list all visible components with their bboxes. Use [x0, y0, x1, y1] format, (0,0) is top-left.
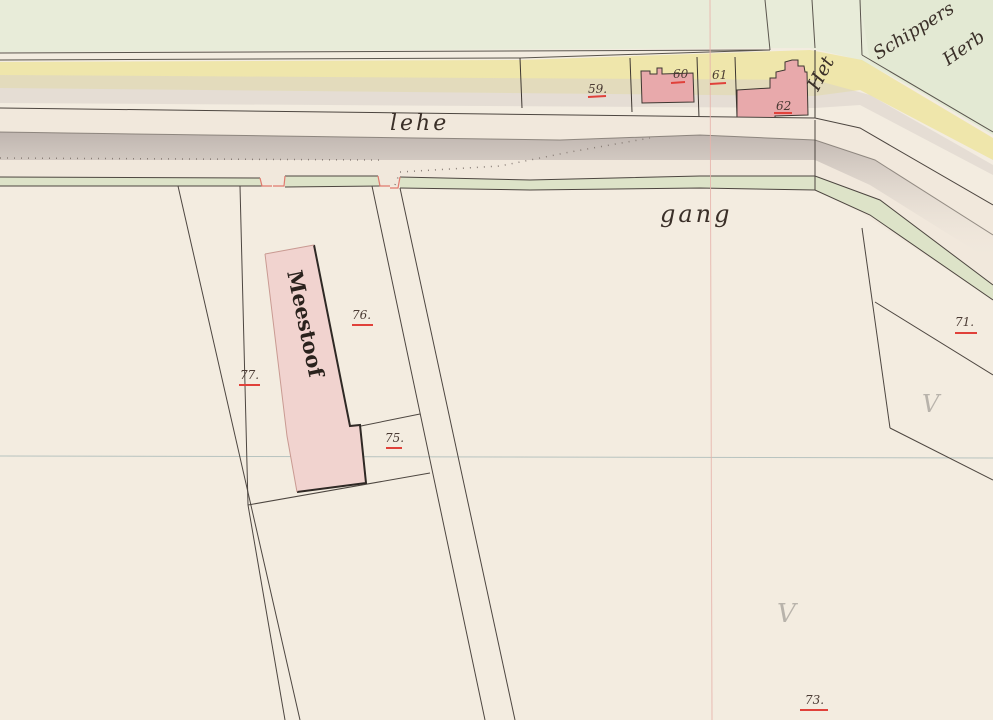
parcel-number-71: 71. — [955, 315, 977, 333]
svg-text:60: 60 — [673, 67, 689, 81]
parcel-number-77: 77. — [239, 368, 260, 385]
parcel-number-75: 75. — [385, 431, 404, 448]
pencil-mark: V — [922, 390, 942, 418]
svg-text:76.: 76. — [352, 308, 371, 322]
survey-grid — [0, 0, 993, 720]
green-ditch — [0, 176, 993, 300]
svg-text:62: 62 — [776, 99, 791, 113]
road-label-lehe: lehe — [390, 111, 449, 136]
parcel-number-62: 62 — [774, 99, 792, 113]
parcel-number-73: 73. — [800, 693, 828, 710]
parcel-number-76: 76. — [352, 308, 373, 325]
building-meestoof: Meestoof — [265, 245, 366, 492]
parcel-number-59: 59. — [588, 82, 607, 97]
svg-text:61: 61 — [712, 68, 727, 82]
cadastral-map: Meestoof lehe gang Het Schippers Herb V … — [0, 0, 993, 720]
parcel-number-60: 60 — [671, 67, 689, 83]
svg-text:75.: 75. — [385, 431, 404, 445]
map-canvas: Meestoof lehe gang Het Schippers Herb V … — [0, 0, 993, 720]
pencil-mark: V — [777, 599, 798, 629]
svg-text:71.: 71. — [955, 315, 974, 329]
parcel-number-61: 61 — [710, 68, 727, 84]
road-label-gang: gang — [660, 200, 733, 228]
svg-text:59.: 59. — [588, 82, 607, 96]
svg-text:73.: 73. — [805, 693, 824, 707]
svg-text:77.: 77. — [240, 368, 259, 382]
